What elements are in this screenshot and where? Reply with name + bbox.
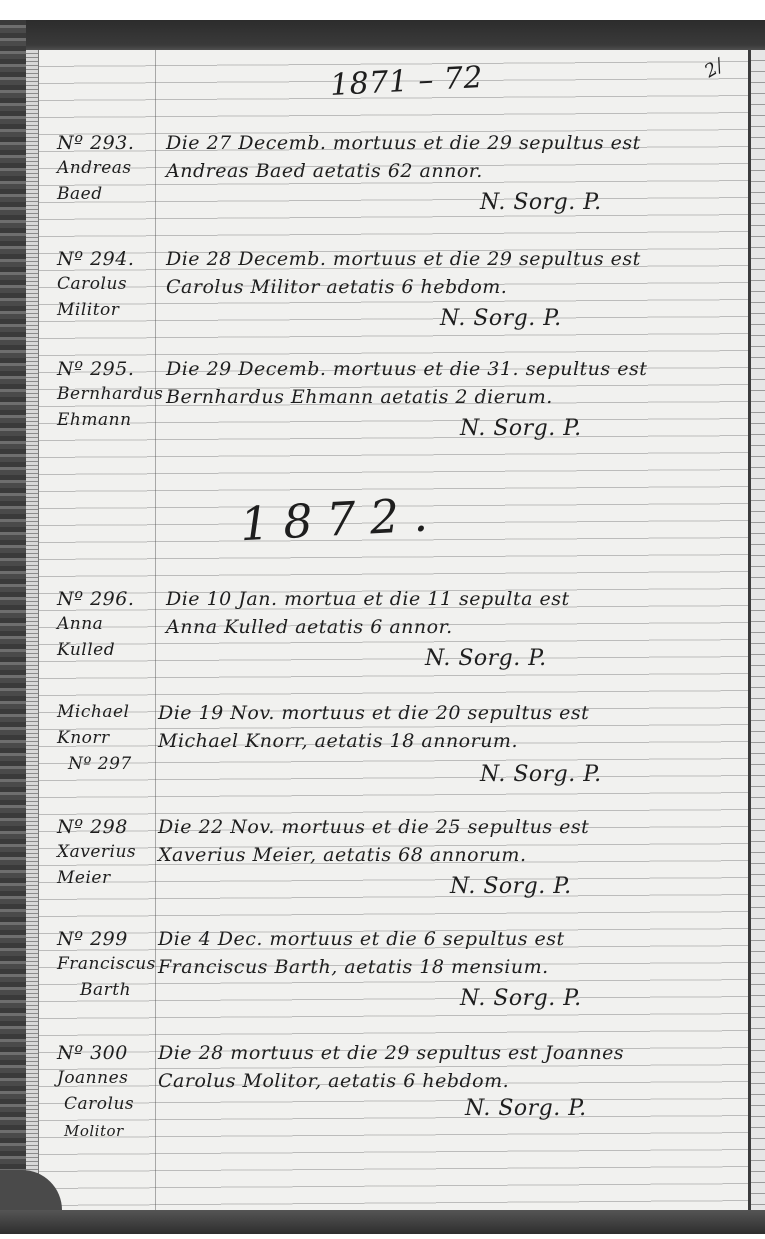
margin-surname: Kulled [57, 640, 115, 660]
margin-first-name: Xaverius [57, 842, 136, 862]
page-edge-left [26, 50, 39, 1210]
entry-text-line2: Xaverius Meier, aetatis 68 annorum. [158, 844, 526, 866]
entry-text-line1: Die 10 Jan. mortua et die 11 sepulta est [166, 588, 570, 610]
margin-rule [155, 50, 156, 1210]
entry-number: Nº 294. [57, 248, 134, 270]
priest-signature: N. Sorg. P. [440, 306, 562, 331]
entry-text-line2: Carolus Molitor, aetatis 6 hebdom. [158, 1070, 509, 1092]
entry-number: Nº 297 [68, 754, 132, 774]
priest-signature: N. Sorg. P. [480, 762, 602, 787]
entry-text-line1: Die 28 mortuus et die 29 sepultus est Jo… [158, 1042, 624, 1064]
entry-text-line1: Die 4 Dec. mortuus et die 6 sepultus est [158, 928, 565, 950]
margin-first-name: Michael [57, 702, 129, 722]
scan-top-margin [0, 0, 765, 20]
margin-surname: Molitor [64, 1122, 124, 1140]
priest-signature: N. Sorg. P. [465, 1096, 587, 1121]
entry-text-line1: Die 19 Nov. mortuus et die 20 sepultus e… [158, 702, 589, 724]
entry-number: Nº 296. [57, 588, 134, 610]
margin-first-name: Joannes [57, 1068, 128, 1088]
priest-signature: N. Sorg. P. [480, 190, 602, 215]
margin-first-name: Franciscus [57, 954, 156, 974]
entry-number: Nº 300 [57, 1042, 128, 1064]
entry-text-line1: Die 28 Decemb. mortuus et die 29 sepultu… [166, 248, 641, 270]
entry-text-line2: Andreas Baed aetatis 62 annor. [166, 160, 483, 182]
entry-number: Nº 293. [57, 132, 134, 154]
priest-signature: N. Sorg. P. [450, 874, 572, 899]
year-divider: 1872. [239, 487, 443, 551]
margin-first-name: Andreas [57, 158, 132, 178]
entry-text-line2: Carolus Militor aetatis 6 hebdom. [166, 276, 507, 298]
margin-middle-name: Carolus [64, 1094, 134, 1114]
entry-text-line2: Franciscus Barth, aetatis 18 mensium. [158, 956, 549, 978]
margin-surname: Ehmann [57, 410, 132, 430]
priest-signature: N. Sorg. P. [425, 646, 547, 671]
margin-first-name: Carolus [57, 274, 127, 294]
entry-text-line2: Michael Knorr, aetatis 18 annorum. [158, 730, 518, 752]
scan-bottom-shadow [0, 1210, 765, 1234]
margin-surname: Barth [80, 980, 131, 1000]
entry-text-line2: Bernhardus Ehmann aetatis 2 dierum. [166, 386, 553, 408]
margin-surname: Meier [57, 868, 111, 888]
margin-first-name: Bernhardus [57, 384, 163, 404]
entry-text-line1: Die 27 Decemb. mortuus et die 29 sepultu… [166, 132, 641, 154]
scanned-register-page: 1871 – 72 2/ Nº 293. Andreas Baed Die 27… [0, 0, 765, 1239]
entry-number: Nº 299 [57, 928, 128, 950]
priest-signature: N. Sorg. P. [460, 416, 582, 441]
scan-bottom-margin [0, 1234, 765, 1239]
entry-text-line2: Anna Kulled aetatis 6 annor. [166, 616, 453, 638]
margin-first-name: Anna [57, 614, 103, 634]
binding-edge [0, 20, 26, 1234]
entry-number: Nº 298 [57, 816, 128, 838]
page-edge-right [751, 50, 765, 1210]
entry-number: Nº 295. [57, 358, 134, 380]
margin-surname: Militor [57, 300, 119, 320]
priest-signature: N. Sorg. P. [460, 986, 582, 1011]
entry-text-line1: Die 22 Nov. mortuus et die 25 sepultus e… [158, 816, 589, 838]
margin-surname: Knorr [57, 728, 110, 748]
entry-text-line1: Die 29 Decemb. mortuus et die 31. sepult… [166, 358, 647, 380]
margin-surname: Baed [57, 184, 103, 204]
